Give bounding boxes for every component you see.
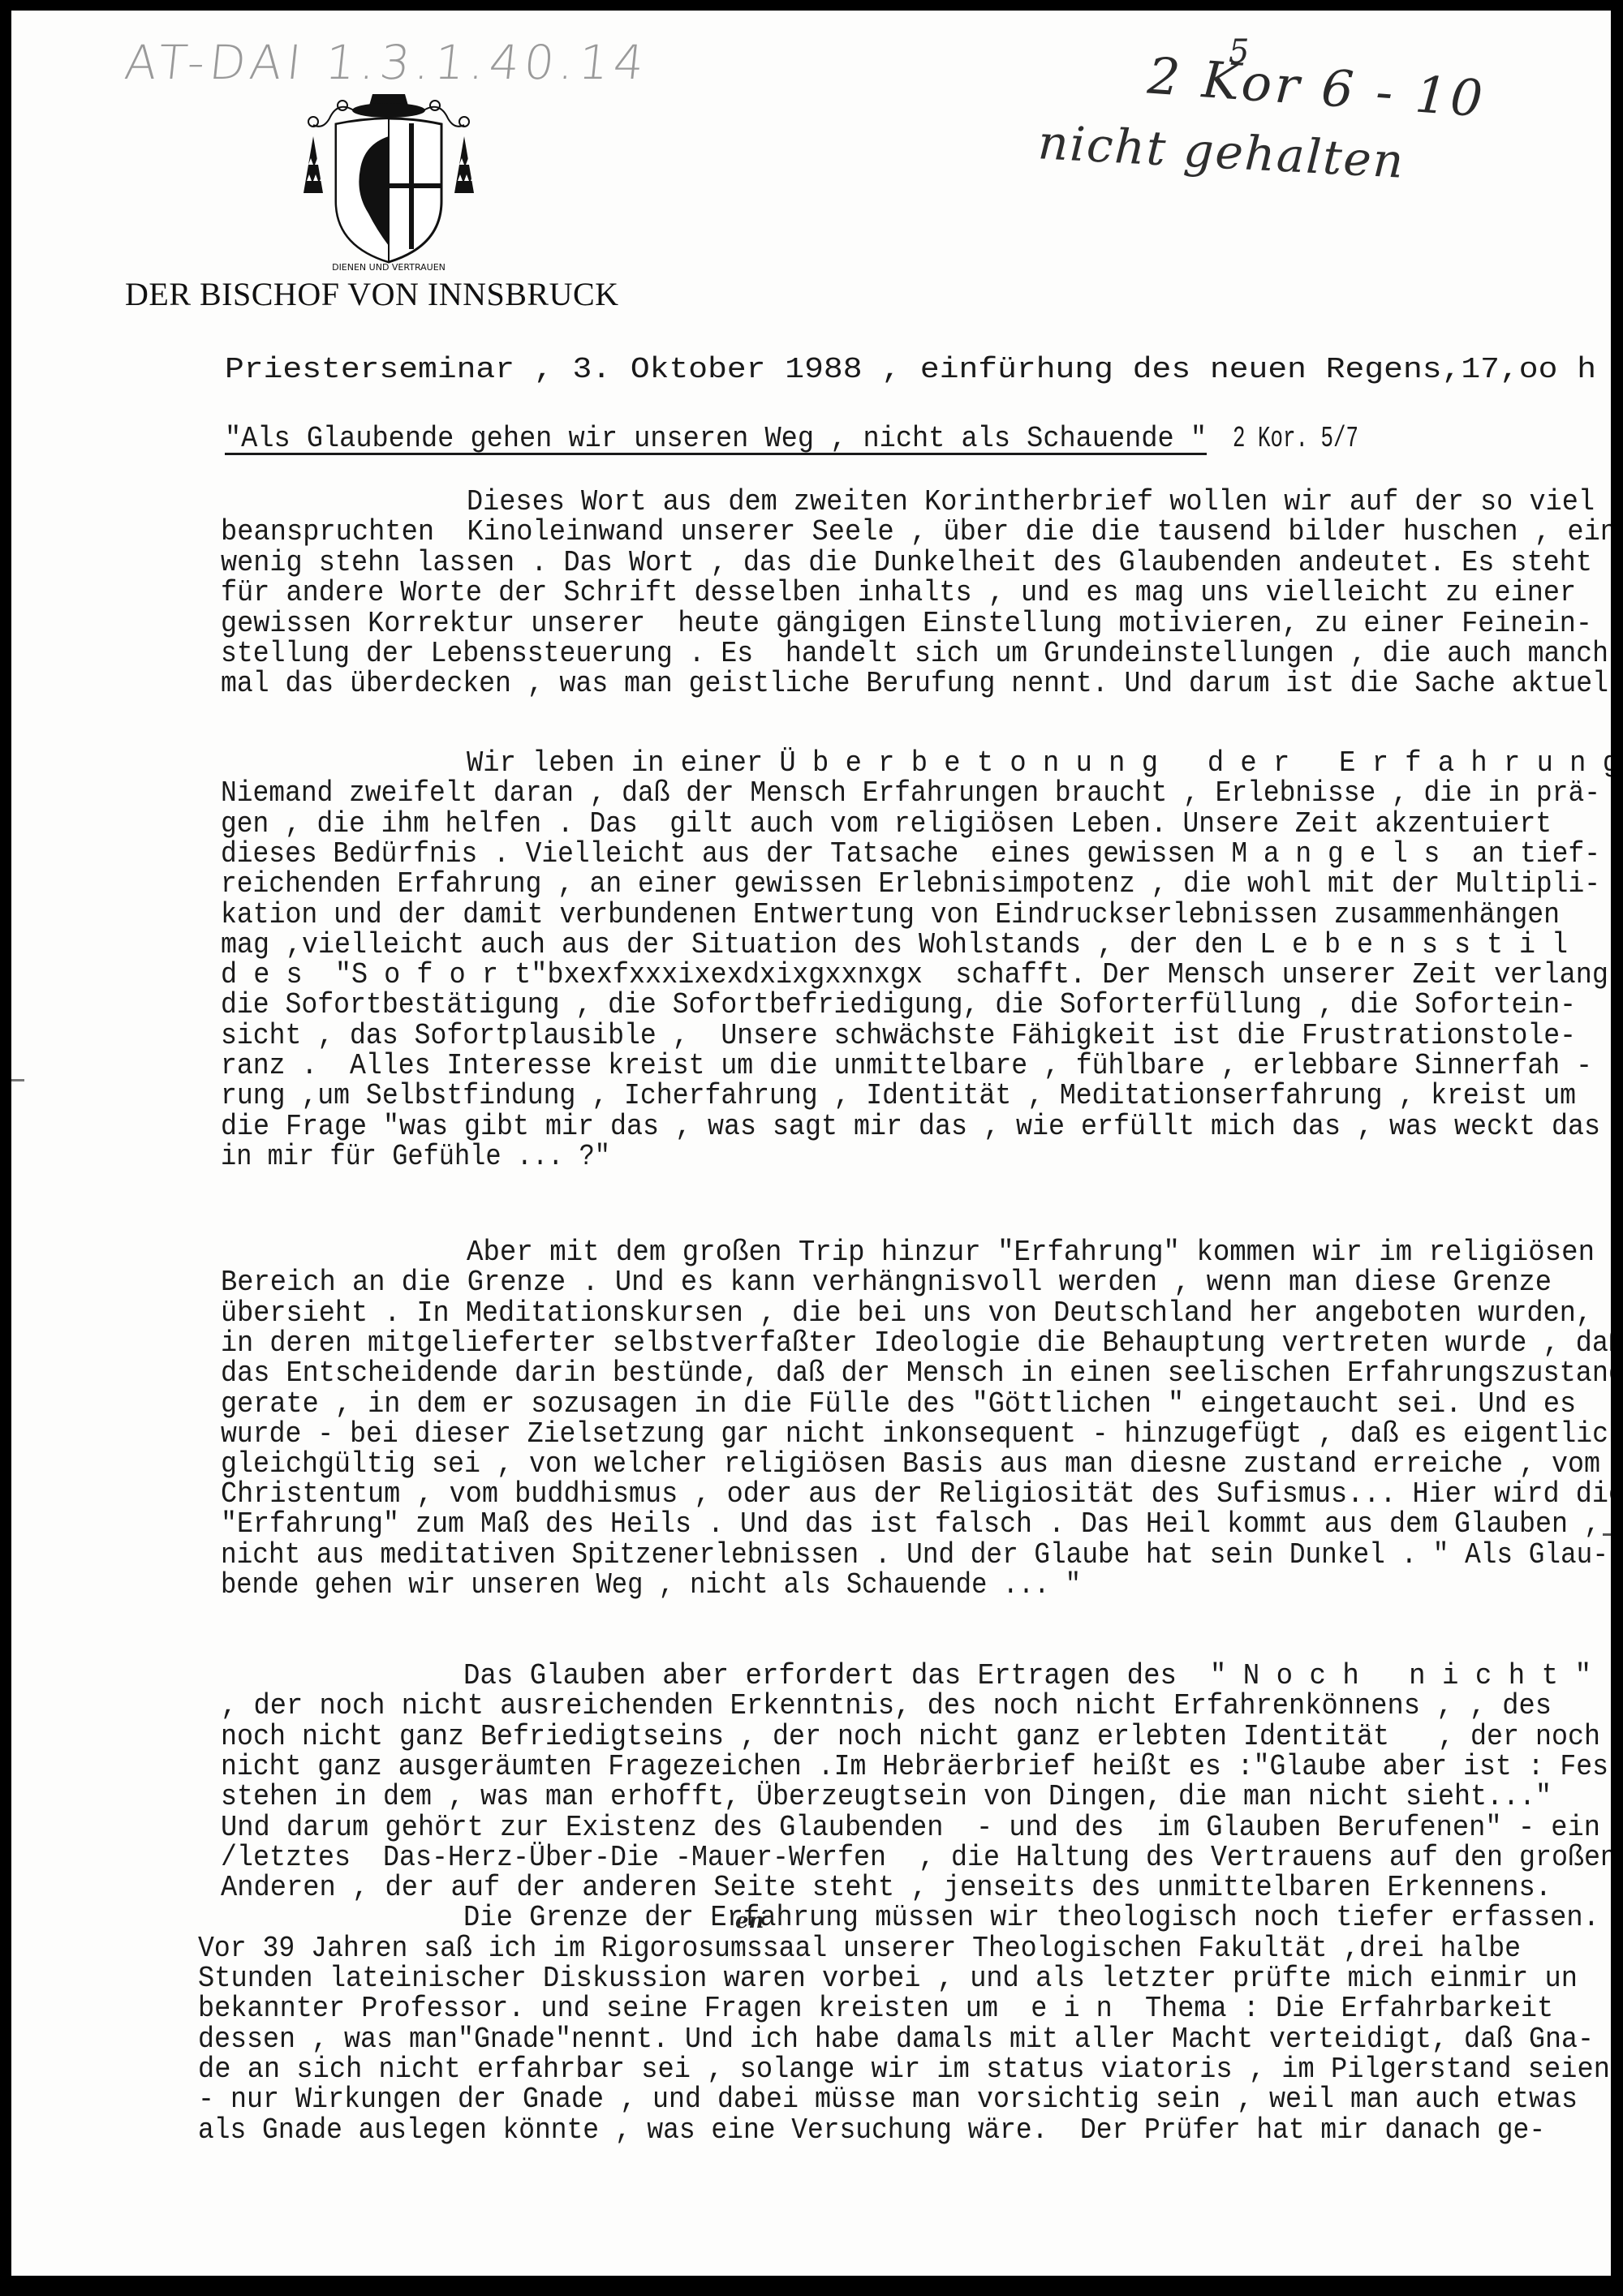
text-line: /letztes Das-Herz-Über-Die -Mauer-Werfen… — [221, 1843, 1611, 1872]
text-line: gerate , in dem er sozusagen in die Füll… — [221, 1390, 1576, 1419]
title-quote: "Als Glaubende gehen wir unseren Weg , n… — [225, 424, 1207, 454]
text-line: Wir leben in einer Ü b e r b e t o n u n… — [467, 749, 1611, 778]
coat-of-arms-icon: DIENEN UND VERTRAUEN — [295, 88, 506, 274]
text-line: gleichgültig sei , von welcher religiöse… — [221, 1450, 1600, 1479]
text-line: das Entscheidende darin bestünde, daß de… — [221, 1359, 1611, 1388]
text-line: gen , die ihm helfen . Das gilt auch vom… — [221, 810, 1552, 839]
text-line: die Sofortbestätigung , die Sofortbefrie… — [221, 991, 1576, 1020]
text-line: übersieht . In Meditationskursen , die b… — [221, 1299, 1592, 1328]
text-line: bekannter Professor. und seine Fragen kr… — [198, 1994, 1553, 2023]
text-line: Das Glauben aber erfordert das Ertragen … — [463, 1662, 1591, 1691]
edge-mark — [1603, 1533, 1611, 1536]
text-line: Stunden lateinischer Diskussion waren vo… — [198, 1964, 1578, 1993]
punch-mark — [11, 1079, 24, 1081]
text-line: d e s "S o f o r t"bxexfxxxixexdxixgxxnx… — [221, 961, 1611, 990]
text-line: reichenden Erfahrung , an einer gewissen… — [221, 870, 1600, 899]
text-line: stehen in dem , was man erhofft, Überzeu… — [221, 1782, 1552, 1812]
text-line: ranz . Alles Interesse kreist um die unm… — [221, 1051, 1592, 1081]
title-reference: 2 Kor. 5/7 — [1233, 424, 1358, 454]
handwritten-bible-reference: 2 Kor 6 - 10 — [1146, 46, 1487, 129]
handwritten-correction: en — [735, 1909, 764, 1933]
text-line: in mir für Gefühle ... ?" — [221, 1142, 610, 1172]
text-line: in deren mitgelieferter selbstverfaßter … — [221, 1329, 1611, 1358]
svg-text:DIENEN UND VERTRAUEN: DIENEN UND VERTRAUEN — [332, 262, 446, 273]
text-line: Niemand zweifelt daran , daß der Mensch … — [221, 779, 1600, 808]
text-line: Bereich an die Grenze . Und es kann verh… — [221, 1268, 1552, 1297]
text-line: beanspruchten Kinoleinwand unserer Seele… — [221, 518, 1611, 547]
text-line: nicht aus meditativen Spitzenerlebnissen… — [221, 1541, 1608, 1570]
text-line: kation und der damit verbundenen Entwert… — [221, 901, 1560, 930]
text-line: bende gehen wir unseren Weg , nicht als … — [221, 1571, 1081, 1600]
text-line: "Erfahrung" zum Maß des Heils . Und das … — [221, 1510, 1600, 1539]
text-line: stellung der Lebenssteuerung . Es handel… — [221, 639, 1611, 669]
text-line: sicht , das Sofortplausible , Unsere sch… — [221, 1021, 1576, 1051]
text-line: dieses Bedürfnis . Vielleicht aus der Ta… — [221, 840, 1600, 869]
document-page: AT-DAI 1.3.1.40.14 5 2 Kor 6 - 10 nicht … — [11, 11, 1611, 2276]
text-line: als Gnade auslegen könnte , was eine Ver… — [198, 2116, 1545, 2145]
text-line: wenig stehn lassen . Das Wort , das die … — [221, 548, 1592, 578]
text-line: , der noch nicht ausreichenden Erkenntni… — [221, 1692, 1552, 1721]
handwritten-status-note: nicht gehalten — [1037, 114, 1406, 189]
text-line: - nur Wirkungen der Gnade , und dabei mü… — [198, 2085, 1578, 2114]
text-line: de an sich nicht erfahrbar sei , solange… — [198, 2055, 1610, 2084]
text-line: Die Grenze der Erfahrung müssen wir theo… — [463, 1903, 1599, 1933]
header-line: Priesterseminar , 3. Oktober 1988 , einf… — [225, 355, 1596, 385]
text-line: Aber mit dem großen Trip hinzur "Erfahru… — [467, 1238, 1595, 1267]
text-line: Dieses Wort aus dem zweiten Korintherbri… — [467, 488, 1595, 517]
text-line: dessen , was man"Gnade"nennt. Und ich ha… — [198, 2025, 1594, 2054]
text-line: Anderen , der auf der anderen Seite steh… — [221, 1873, 1552, 1903]
text-line: noch nicht ganz Befriedigtseins , der no… — [221, 1722, 1600, 1752]
archive-number-handwritten: AT-DAI 1.3.1.40.14 — [122, 35, 651, 90]
text-line: für andere Worte der Schrift desselben i… — [221, 578, 1576, 608]
text-line: gewissen Korrektur unserer heute gängige… — [221, 609, 1592, 638]
text-line: Christentum , vom buddhismus , oder aus … — [221, 1480, 1611, 1509]
letterhead-title: DER BISCHOF VON INNSBRUCK — [125, 275, 619, 313]
text-line: wurde - bei dieser Zielsetzung gar nicht… — [221, 1420, 1611, 1449]
text-line: Vor 39 Jahren saß ich im Rigorosumssaal … — [198, 1934, 1521, 1963]
text-line: Und darum gehört zur Existenz des Glaube… — [221, 1813, 1600, 1842]
text-line: mag ,vielleicht auch aus der Situation d… — [221, 931, 1568, 960]
text-line: rung ,um Selbstfindung , Icherfahrung , … — [221, 1081, 1576, 1111]
text-line: nicht ganz ausgeräumten Fragezeichen .Im… — [221, 1752, 1611, 1782]
text-line: mal das überdecken , was man geistliche … — [221, 669, 1611, 699]
text-line: die Frage "was gibt mir das , was sagt m… — [221, 1112, 1600, 1142]
